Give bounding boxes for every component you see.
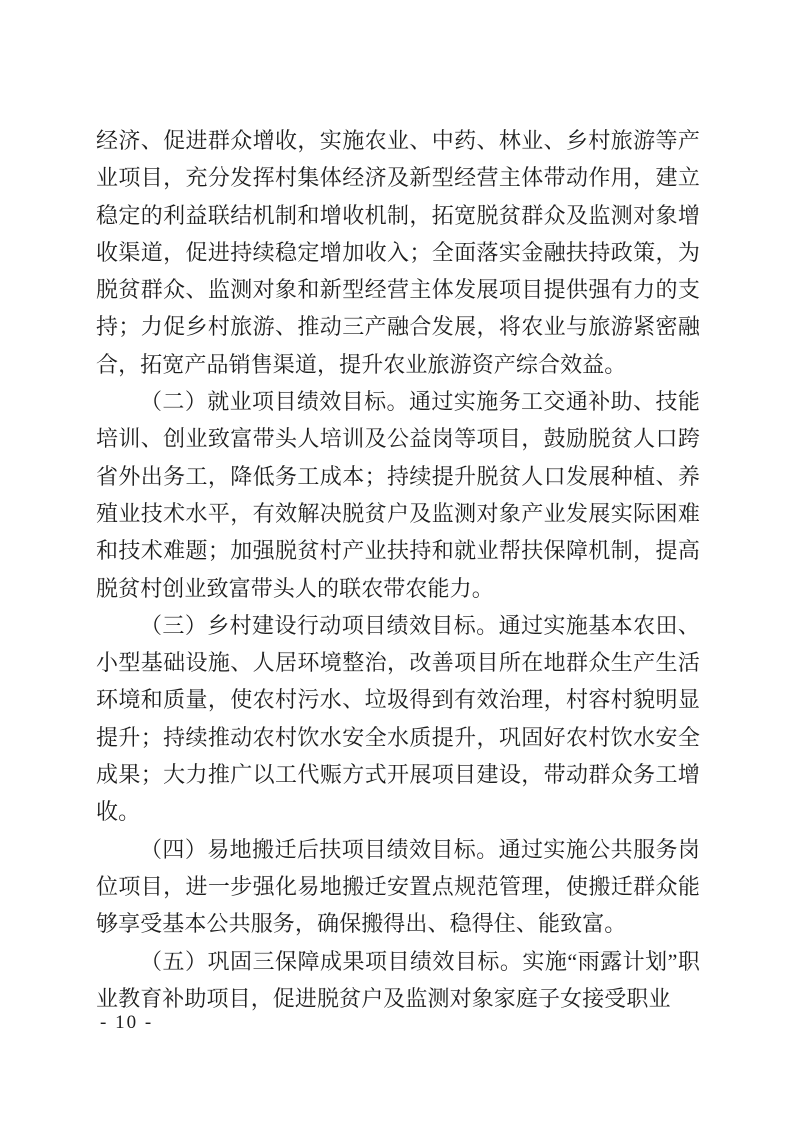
paragraph-text: 通过实施务工交通补助、技能培训、创业致富带头人培训及公益岗等项目，鼓励脱贫人口跨… (96, 389, 700, 600)
section-heading: （二）就业项目绩效目标。 (140, 389, 409, 414)
paragraph-section-5: （五）巩固三保障成果项目绩效目标。实施“雨露计划”职业教育补助项目，促进脱贫户及… (96, 943, 700, 1018)
document-body: 经济、促进群众增收，实施农业、中药、林业、乡村旅游等产业项目，充分发挥村集体经济… (96, 122, 700, 1017)
page-number: - 10 - (100, 1012, 153, 1034)
section-heading: （五）巩固三保障成果项目绩效目标。 (140, 949, 522, 974)
section-heading: （四）易地搬迁后扶项目绩效目标。 (140, 837, 499, 862)
paragraph-text: 经济、促进群众增收，实施农业、中药、林业、乡村旅游等产业项目，充分发挥村集体经济… (96, 128, 700, 377)
paragraph-text: 通过实施基本农田、小型基础设施、人居环境整治，改善项目所在地群众生产生活环境和质… (96, 613, 700, 824)
paragraph-continuation: 经济、促进群众增收，实施农业、中药、林业、乡村旅游等产业项目，充分发挥村集体经济… (96, 122, 700, 383)
section-heading: （三）乡村建设行动项目绩效目标。 (140, 613, 499, 638)
paragraph-section-3: （三）乡村建设行动项目绩效目标。通过实施基本农田、小型基础设施、人居环境整治，改… (96, 607, 700, 831)
paragraph-section-2: （二）就业项目绩效目标。通过实施务工交通补助、技能培训、创业致富带头人培训及公益… (96, 383, 700, 607)
document-page: 经济、促进群众增收，实施农业、中药、林业、乡村旅游等产业项目，充分发挥村集体经济… (0, 0, 793, 1122)
paragraph-section-4: （四）易地搬迁后扶项目绩效目标。通过实施公共服务岗位项目，进一步强化易地搬迁安置… (96, 831, 700, 943)
